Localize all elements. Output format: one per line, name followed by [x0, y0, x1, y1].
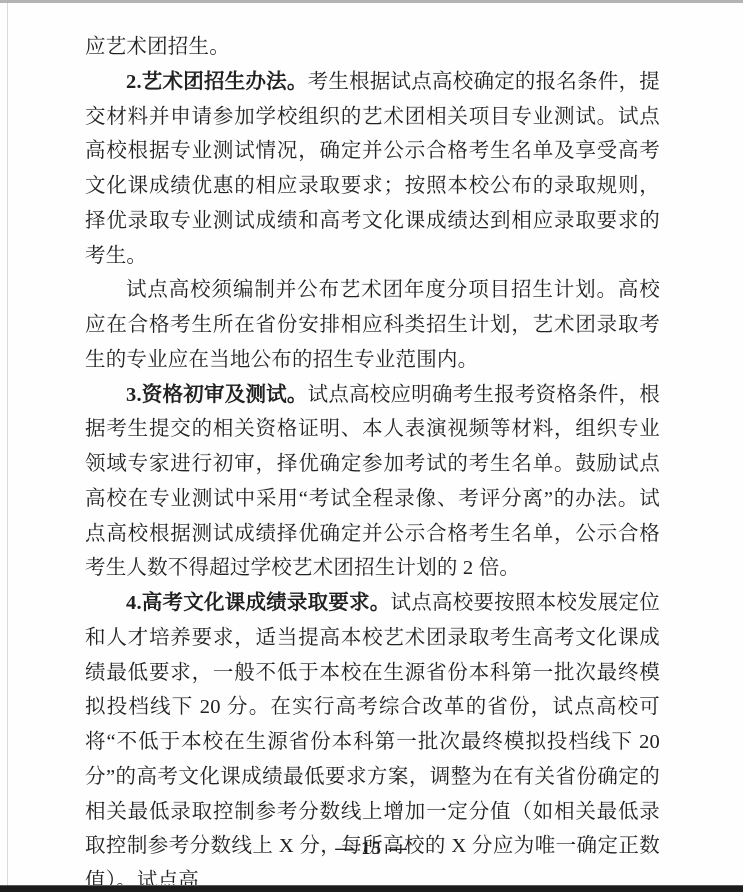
paragraph-heading: 4.高考文化课成绩录取要求。: [126, 592, 391, 614]
document-page: 应艺术团招生。2.艺术团招生办法。考生根据试点高校确定的报名条件，提交材料并申请…: [0, 0, 743, 892]
paragraph: 试点高校须编制并公布艺术团年度分项目招生计划。高校应在合格考生所在省份安排相应科…: [85, 273, 660, 377]
page-bottom-edge: [0, 885, 743, 892]
page-top-edge: [0, 0, 743, 3]
paragraph-text: 应艺术团招生。: [85, 36, 230, 58]
paragraph: 应艺术团招生。: [85, 30, 660, 65]
paragraph-text: 考生根据试点高校确定的报名条件，提交材料并申请参加学校组织的艺术团相关项目专业测…: [85, 71, 660, 267]
paragraph: 3.资格初审及测试。试点高校应明确考生报考资格条件，根据考生提交的相关资格证明、…: [85, 378, 660, 587]
paragraph-text: 试点高校须编制并公布艺术团年度分项目招生计划。高校应在合格考生所在省份安排相应科…: [85, 279, 660, 371]
paragraph-text: 试点高校应明确考生报考资格条件，根据考生提交的相关资格证明、本人表演视频等材料，…: [85, 384, 660, 580]
paragraph: 2.艺术团招生办法。考生根据试点高校确定的报名条件，提交材料并申请参加学校组织的…: [85, 65, 660, 274]
page-number: — 15 —: [0, 838, 743, 860]
page-left-edge: [7, 3, 8, 886]
paragraph-heading: 2.艺术团招生办法。: [126, 71, 308, 93]
document-text: 应艺术团招生。2.艺术团招生办法。考生根据试点高校确定的报名条件，提交材料并申请…: [85, 30, 660, 892]
paragraph-heading: 3.资格初审及测试。: [126, 384, 308, 406]
